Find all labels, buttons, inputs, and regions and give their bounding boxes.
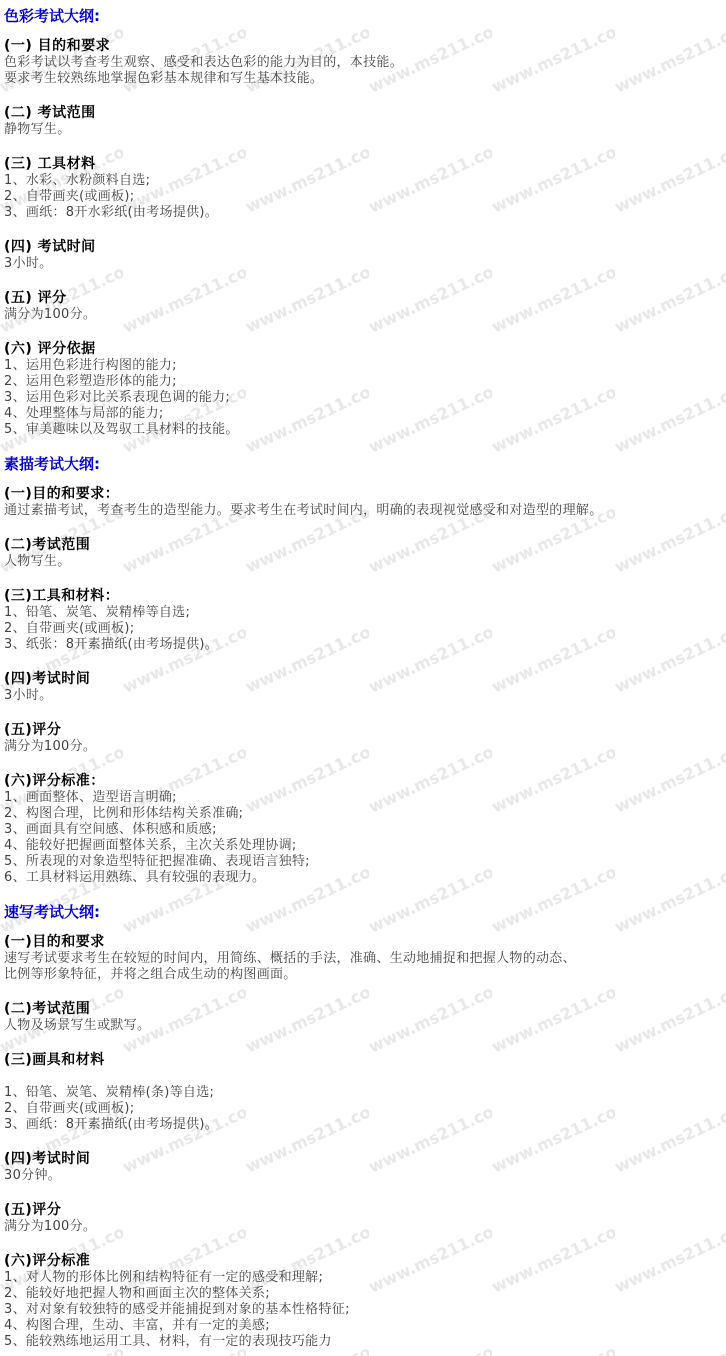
exam-section-2: 素描考试大纲:(一)目的和要求：通过素描考试，考查考生的造型能力。要求考生在考试… [4, 456, 718, 886]
text-line: 色彩考试以考查考生观察、感受和表达色彩的能力为目的，本技能。 [4, 55, 718, 71]
outline-block: (六)评分标准：1、画面整体、造型语言明确;2、构图合理，比例和形体结构关系准确… [4, 773, 718, 886]
text-line: 30分钟。 [4, 1168, 718, 1184]
text-line: 3、纸张：8开素描纸(由考场提供)。 [4, 637, 718, 653]
outline-block: (二) 考试范围静物写生。 [4, 105, 718, 138]
text-line: 2、运用色彩塑造形体的能力; [4, 374, 718, 390]
outline-block: (一)目的和要求：通过素描考试，考查考生的造型能力。要求考生在考试时间内，明确的… [4, 486, 718, 519]
block-heading: (三) 工具材料 [4, 156, 718, 173]
text-line: 6、工具材料运用熟练、具有较强的表现力。 [4, 870, 718, 886]
document-page: www.ms211.com 色彩考试大纲:(一) 目的和要求色彩考试以考查考生观… [0, 0, 726, 1356]
section-title: 速写考试大纲: [4, 904, 718, 921]
block-heading: (五) 评分 [4, 290, 718, 307]
text-line: 人物及场景写生或默写。 [4, 1018, 718, 1034]
text-line: 5、所表现的对象造型特征把握准确、表现语言独特; [4, 854, 718, 870]
exam-section-3: 速写考试大纲:(一)目的和要求速写考试要求考生在较短的时间内，用简练、概括的手法… [4, 904, 718, 1350]
block-heading: (三)工具和材料： [4, 588, 718, 605]
text-line: 静物写生。 [4, 122, 718, 138]
outline-block: (一) 目的和要求色彩考试以考查考生观察、感受和表达色彩的能力为目的，本技能。要… [4, 38, 718, 87]
outline-block: (五)评分满分为100分。 [4, 722, 718, 755]
text-line: 1、铅笔、炭笔、炭精棒(条)等自选; [4, 1085, 718, 1101]
block-heading: (二)考试范围 [4, 537, 718, 554]
text-line: 速写考试要求考生在较短的时间内，用简练、概括的手法，准确、生动地捕捉和把握人物的… [4, 951, 718, 967]
outline-block: (五) 评分满分为100分。 [4, 290, 718, 323]
outline-block: (三) 工具材料1、水彩、水粉颜料自选;2、自带画夹(或画板);3、画纸：8开水… [4, 156, 718, 221]
outline-block: (四)考试时间3小时。 [4, 671, 718, 704]
exam-section-1: 色彩考试大纲:(一) 目的和要求色彩考试以考查考生观察、感受和表达色彩的能力为目… [4, 8, 718, 438]
text-line: 要求考生较熟练地掌握色彩基本规律和写生基本技能。 [4, 71, 718, 87]
outline-block: (六) 评分依据1、运用色彩进行构图的能力;2、运用色彩塑造形体的能力;3、运用… [4, 341, 718, 438]
text-line: 2、构图合理，比例和形体结构关系准确; [4, 806, 718, 822]
text-line: 1、水彩、水粉颜料自选; [4, 173, 718, 189]
section-title: 色彩考试大纲: [4, 8, 718, 25]
text-line: 4、处理整体与局部的能力; [4, 406, 718, 422]
text-line: 2、能较好地把握人物和画面主次的整体关系; [4, 1286, 718, 1302]
outline-block: (一)目的和要求速写考试要求考生在较短的时间内，用简练、概括的手法，准确、生动地… [4, 934, 718, 983]
block-heading: (五)评分 [4, 1202, 718, 1219]
block-heading: (五)评分 [4, 722, 718, 739]
text-line: 2、自带画夹(或画板); [4, 189, 718, 205]
outline-block: (三)画具和材料1、铅笔、炭笔、炭精棒(条)等自选;2、自带画夹(或画板);3、… [4, 1052, 718, 1133]
block-heading: (六)评分标准： [4, 773, 718, 790]
outline-block: (五)评分满分为100分。 [4, 1202, 718, 1235]
text-line: 满分为100分。 [4, 1219, 718, 1235]
text-line: 3小时。 [4, 688, 718, 704]
text-line: 3、运用色彩对比关系表现色调的能力; [4, 390, 718, 406]
block-heading: (六)评分标准 [4, 1253, 718, 1270]
block-heading: (四)考试时间 [4, 1151, 718, 1168]
block-heading: (三)画具和材料 [4, 1052, 718, 1069]
text-line: 5、审美趣味以及驾驭工具材料的技能。 [4, 422, 718, 438]
outline-block: (二)考试范围人物及场景写生或默写。 [4, 1001, 718, 1034]
text-line: 1、铅笔、炭笔、炭精棒等自选; [4, 605, 718, 621]
text-line: 4、构图合理，生动、丰富，并有一定的美感; [4, 1318, 718, 1334]
block-heading: (二)考试范围 [4, 1001, 718, 1018]
block-heading: (四)考试时间 [4, 671, 718, 688]
block-heading: (一)目的和要求 [4, 934, 718, 951]
text-line: 通过素描考试，考查考生的造型能力。要求考生在考试时间内，明确的表现视觉感受和对造… [4, 503, 718, 519]
document-content: 色彩考试大纲:(一) 目的和要求色彩考试以考查考生观察、感受和表达色彩的能力为目… [0, 0, 726, 1350]
text-line: 3小时。 [4, 256, 718, 272]
block-heading: (六) 评分依据 [4, 341, 718, 358]
block-heading: (一)目的和要求： [4, 486, 718, 503]
outline-block: (二)考试范围人物写生。 [4, 537, 718, 570]
text-line: 3、对对象有较独特的感受并能捕捉到对象的基本性格特征; [4, 1302, 718, 1318]
block-heading: (二) 考试范围 [4, 105, 718, 122]
text-line: 4、能较好把握画面整体关系，主次关系处理协调; [4, 838, 718, 854]
outline-block: (四) 考试时间3小时。 [4, 239, 718, 272]
block-heading: (一) 目的和要求 [4, 38, 718, 55]
text-line: 1、运用色彩进行构图的能力; [4, 358, 718, 374]
text-line: 比例等形象特征，并将之组合成生动的构图画面。 [4, 967, 718, 983]
text-line: 2、自带画夹(或画板); [4, 1101, 718, 1117]
blank-line [4, 1069, 718, 1085]
outline-block: (六)评分标准1、对人物的形体比例和结构特征有一定的感受和理解;2、能较好地把握… [4, 1253, 718, 1350]
text-line: 5、能较熟练地运用工具、材料，有一定的表现技巧能力 [4, 1334, 718, 1350]
section-title: 素描考试大纲: [4, 456, 718, 473]
text-line: 满分为100分。 [4, 307, 718, 323]
outline-block: (三)工具和材料：1、铅笔、炭笔、炭精棒等自选;2、自带画夹(或画板);3、纸张… [4, 588, 718, 653]
text-line: 3、画面具有空间感、体积感和质感; [4, 822, 718, 838]
text-line: 3、画纸：8开水彩纸(由考场提供)。 [4, 205, 718, 221]
text-line: 人物写生。 [4, 554, 718, 570]
text-line: 2、自带画夹(或画板); [4, 621, 718, 637]
text-line: 1、画面整体、造型语言明确; [4, 790, 718, 806]
block-heading: (四) 考试时间 [4, 239, 718, 256]
text-line: 3、画纸：8开素描纸(由考场提供)。 [4, 1117, 718, 1133]
outline-block: (四)考试时间30分钟。 [4, 1151, 718, 1184]
text-line: 满分为100分。 [4, 739, 718, 755]
text-line: 1、对人物的形体比例和结构特征有一定的感受和理解; [4, 1270, 718, 1286]
